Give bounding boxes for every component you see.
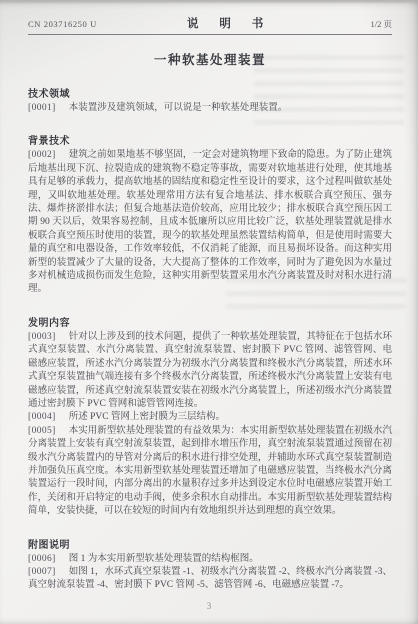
section-heading-brief-description-of-drawings: 附图说明 bbox=[28, 536, 392, 551]
patent-specification-page: CN 203716250 U 说 明 书 1/2 页 一种软基处理装置 技术领域… bbox=[0, 0, 418, 624]
paragraph-0002: [0002]建筑之前如果地基不够坚固，一定会对建筑物埋下致命的隐患。为了防止建筑… bbox=[28, 149, 392, 296]
paragraph-number: [0007] bbox=[28, 566, 56, 579]
paragraph-0007: [0007]如图 1，水环式真空泵装置 -1、初级水汽分离装置 -2、终极水汽分… bbox=[28, 566, 392, 593]
header-divider bbox=[28, 34, 392, 35]
paragraph-number: [0002] bbox=[28, 149, 56, 162]
paragraph-text: 所述 PVC 管网上密封膜为三层结构。 bbox=[69, 412, 225, 422]
paragraph-0006: [0006]图 1 为本实用新型软基处理装置的结构框图。 bbox=[28, 553, 392, 566]
paragraph-number: [0005] bbox=[28, 425, 56, 438]
paragraph-text: 建筑之前如果地基不够坚固，一定会对建筑物埋下致命的隐患。为了防止建筑后地基出现下… bbox=[28, 150, 392, 294]
paragraph-0004: [0004]所述 PVC 管网上密封膜为三层结构。 bbox=[28, 411, 392, 424]
section-heading-technical-field: 技术领域 bbox=[28, 85, 392, 100]
paragraph-number: [0001] bbox=[28, 102, 56, 115]
paragraph-0003: [0003]针对以上涉及到的技术问题，提供了一种软基处理装置，其特征在于包括水环… bbox=[28, 331, 392, 411]
paragraph-text: 本实用新型软基处理装置的有益效果为：本实用新型软基处理装置在初级水汽分离装置上安… bbox=[28, 426, 392, 516]
paragraph-number: [0003] bbox=[28, 331, 56, 344]
publication-number: CN 203716250 U bbox=[28, 19, 97, 29]
invention-title: 一种软基处理装置 bbox=[28, 50, 392, 68]
scan-edge-artifact bbox=[0, 0, 418, 4]
document-type-label: 说 明 书 bbox=[187, 15, 272, 31]
page-footer: 3 bbox=[0, 601, 418, 611]
paragraph-0005: [0005]本实用新型软基处理装置的有益效果为：本实用新型软基处理装置在初级水汽… bbox=[28, 425, 392, 519]
paragraph-number: [0006] bbox=[28, 553, 56, 566]
section-heading-background-art: 背景技术 bbox=[28, 132, 392, 147]
paragraph-text: 如图 1，水环式真空泵装置 -1、初级水汽分离装置 -2、终极水汽分离装置 -3… bbox=[28, 567, 392, 590]
sheet-page-indicator: 1/2 页 bbox=[370, 18, 392, 30]
paragraph-number: [0004] bbox=[28, 411, 56, 424]
paragraph-text: 针对以上涉及到的技术问题，提供了一种软基处理装置，其特征在于包括水环式真空泵装置… bbox=[28, 332, 392, 409]
page-header: CN 203716250 U 说 明 书 1/2 页 bbox=[28, 15, 392, 31]
paragraph-0001: [0001]本装置涉及建筑领域，可以说是一种软基处理装置。 bbox=[28, 102, 392, 115]
paragraph-text: 本装置涉及建筑领域，可以说是一种软基处理装置。 bbox=[69, 103, 288, 113]
paragraph-text: 图 1 为本实用新型软基处理装置的结构框图。 bbox=[69, 554, 259, 564]
page-number: 3 bbox=[207, 601, 212, 611]
section-heading-summary-of-invention: 发明内容 bbox=[28, 314, 392, 329]
